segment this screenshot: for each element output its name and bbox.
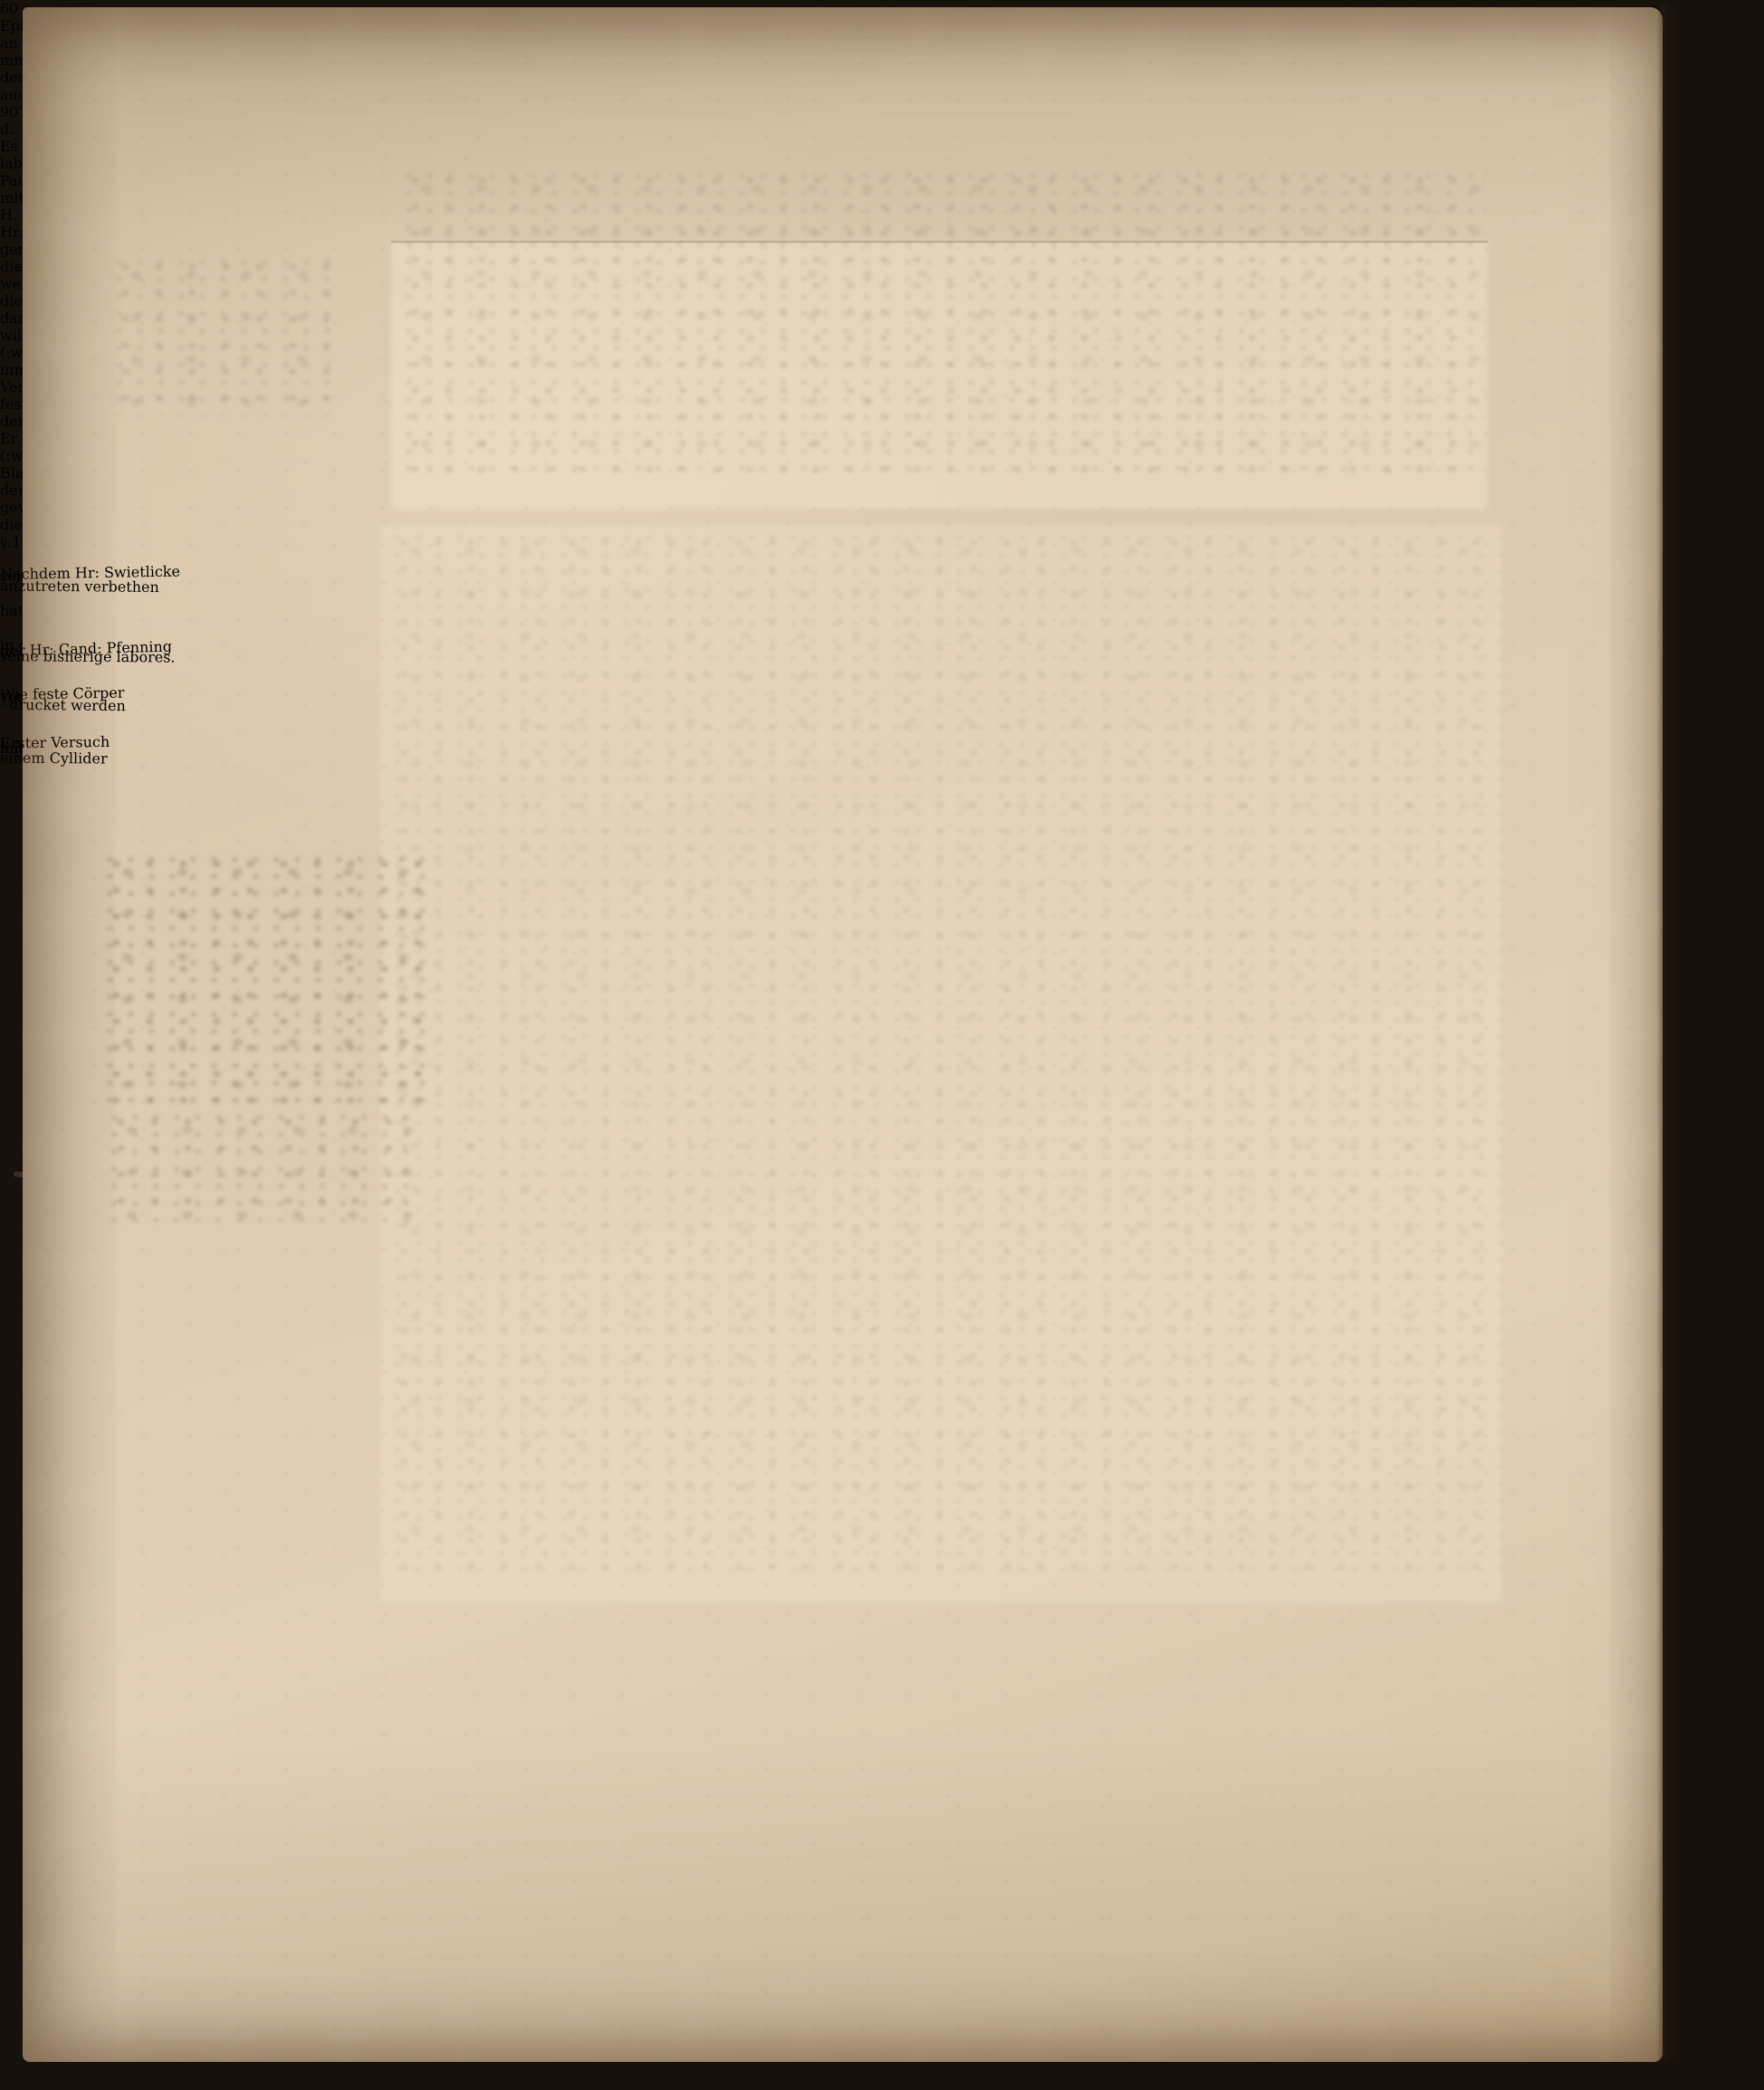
fore-edge-pink-tint-2	[0, 910, 33, 986]
book-page	[23, 7, 1663, 2062]
gutter-shadow	[1656, 4, 1676, 2060]
patch-edge-line	[391, 241, 1488, 243]
manuscript-photo: 60 Ephemerides an ihnen geschehen wäre, …	[0, 0, 1764, 2090]
facing-page-edge	[1673, 11, 1757, 2055]
